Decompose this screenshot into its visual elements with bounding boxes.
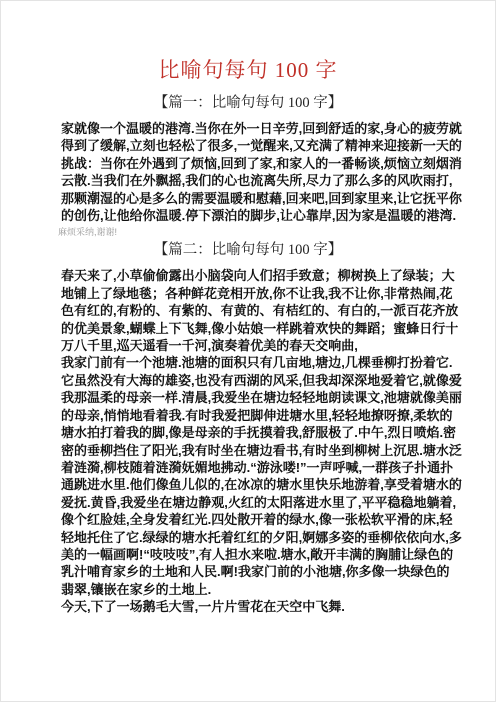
section1-body: 家就像一个温暖的港湾.当你在外一日辛劳,回到舒适的家,身心的疲劳就得到了缓解,立… — [1, 120, 495, 224]
section2-paragraph-snow: 今天,下了一场鹅毛大雪,一片片雪花在天空中飞舞. — [61, 598, 462, 615]
section1-header: 【篇一：比喻句每句 100 字】 — [1, 93, 495, 113]
section2-header: 【篇二：比喻句每句 100 字】 — [1, 240, 495, 260]
document-page: 比喻句每句 100 字 【篇一：比喻句每句 100 字】 家就像一个温暖的港湾.… — [0, 0, 496, 702]
section2-body: 春天来了,小草偷偷露出小脑袋向人们招手致意；柳树换上了绿装；大地铺上了绿地毯；各… — [1, 267, 495, 615]
section2-paragraph-pond: 我家门前有一个池塘.池塘的面积只有几亩地,塘边,几棵垂柳打扮着它.它虽然没有大海… — [61, 354, 462, 598]
section1-paragraph: 家就像一个温暖的港湾.当你在外一日辛劳,回到舒适的家,身心的疲劳就得到了缓解,立… — [61, 120, 462, 224]
thanks-note: 麻烦采纳,谢谢! — [1, 226, 495, 238]
section2-paragraph-spring: 春天来了,小草偷偷露出小脑袋向人们招手致意；柳树换上了绿装；大地铺上了绿地毯；各… — [61, 267, 462, 354]
page-title: 比喻句每句 100 字 — [1, 56, 495, 84]
